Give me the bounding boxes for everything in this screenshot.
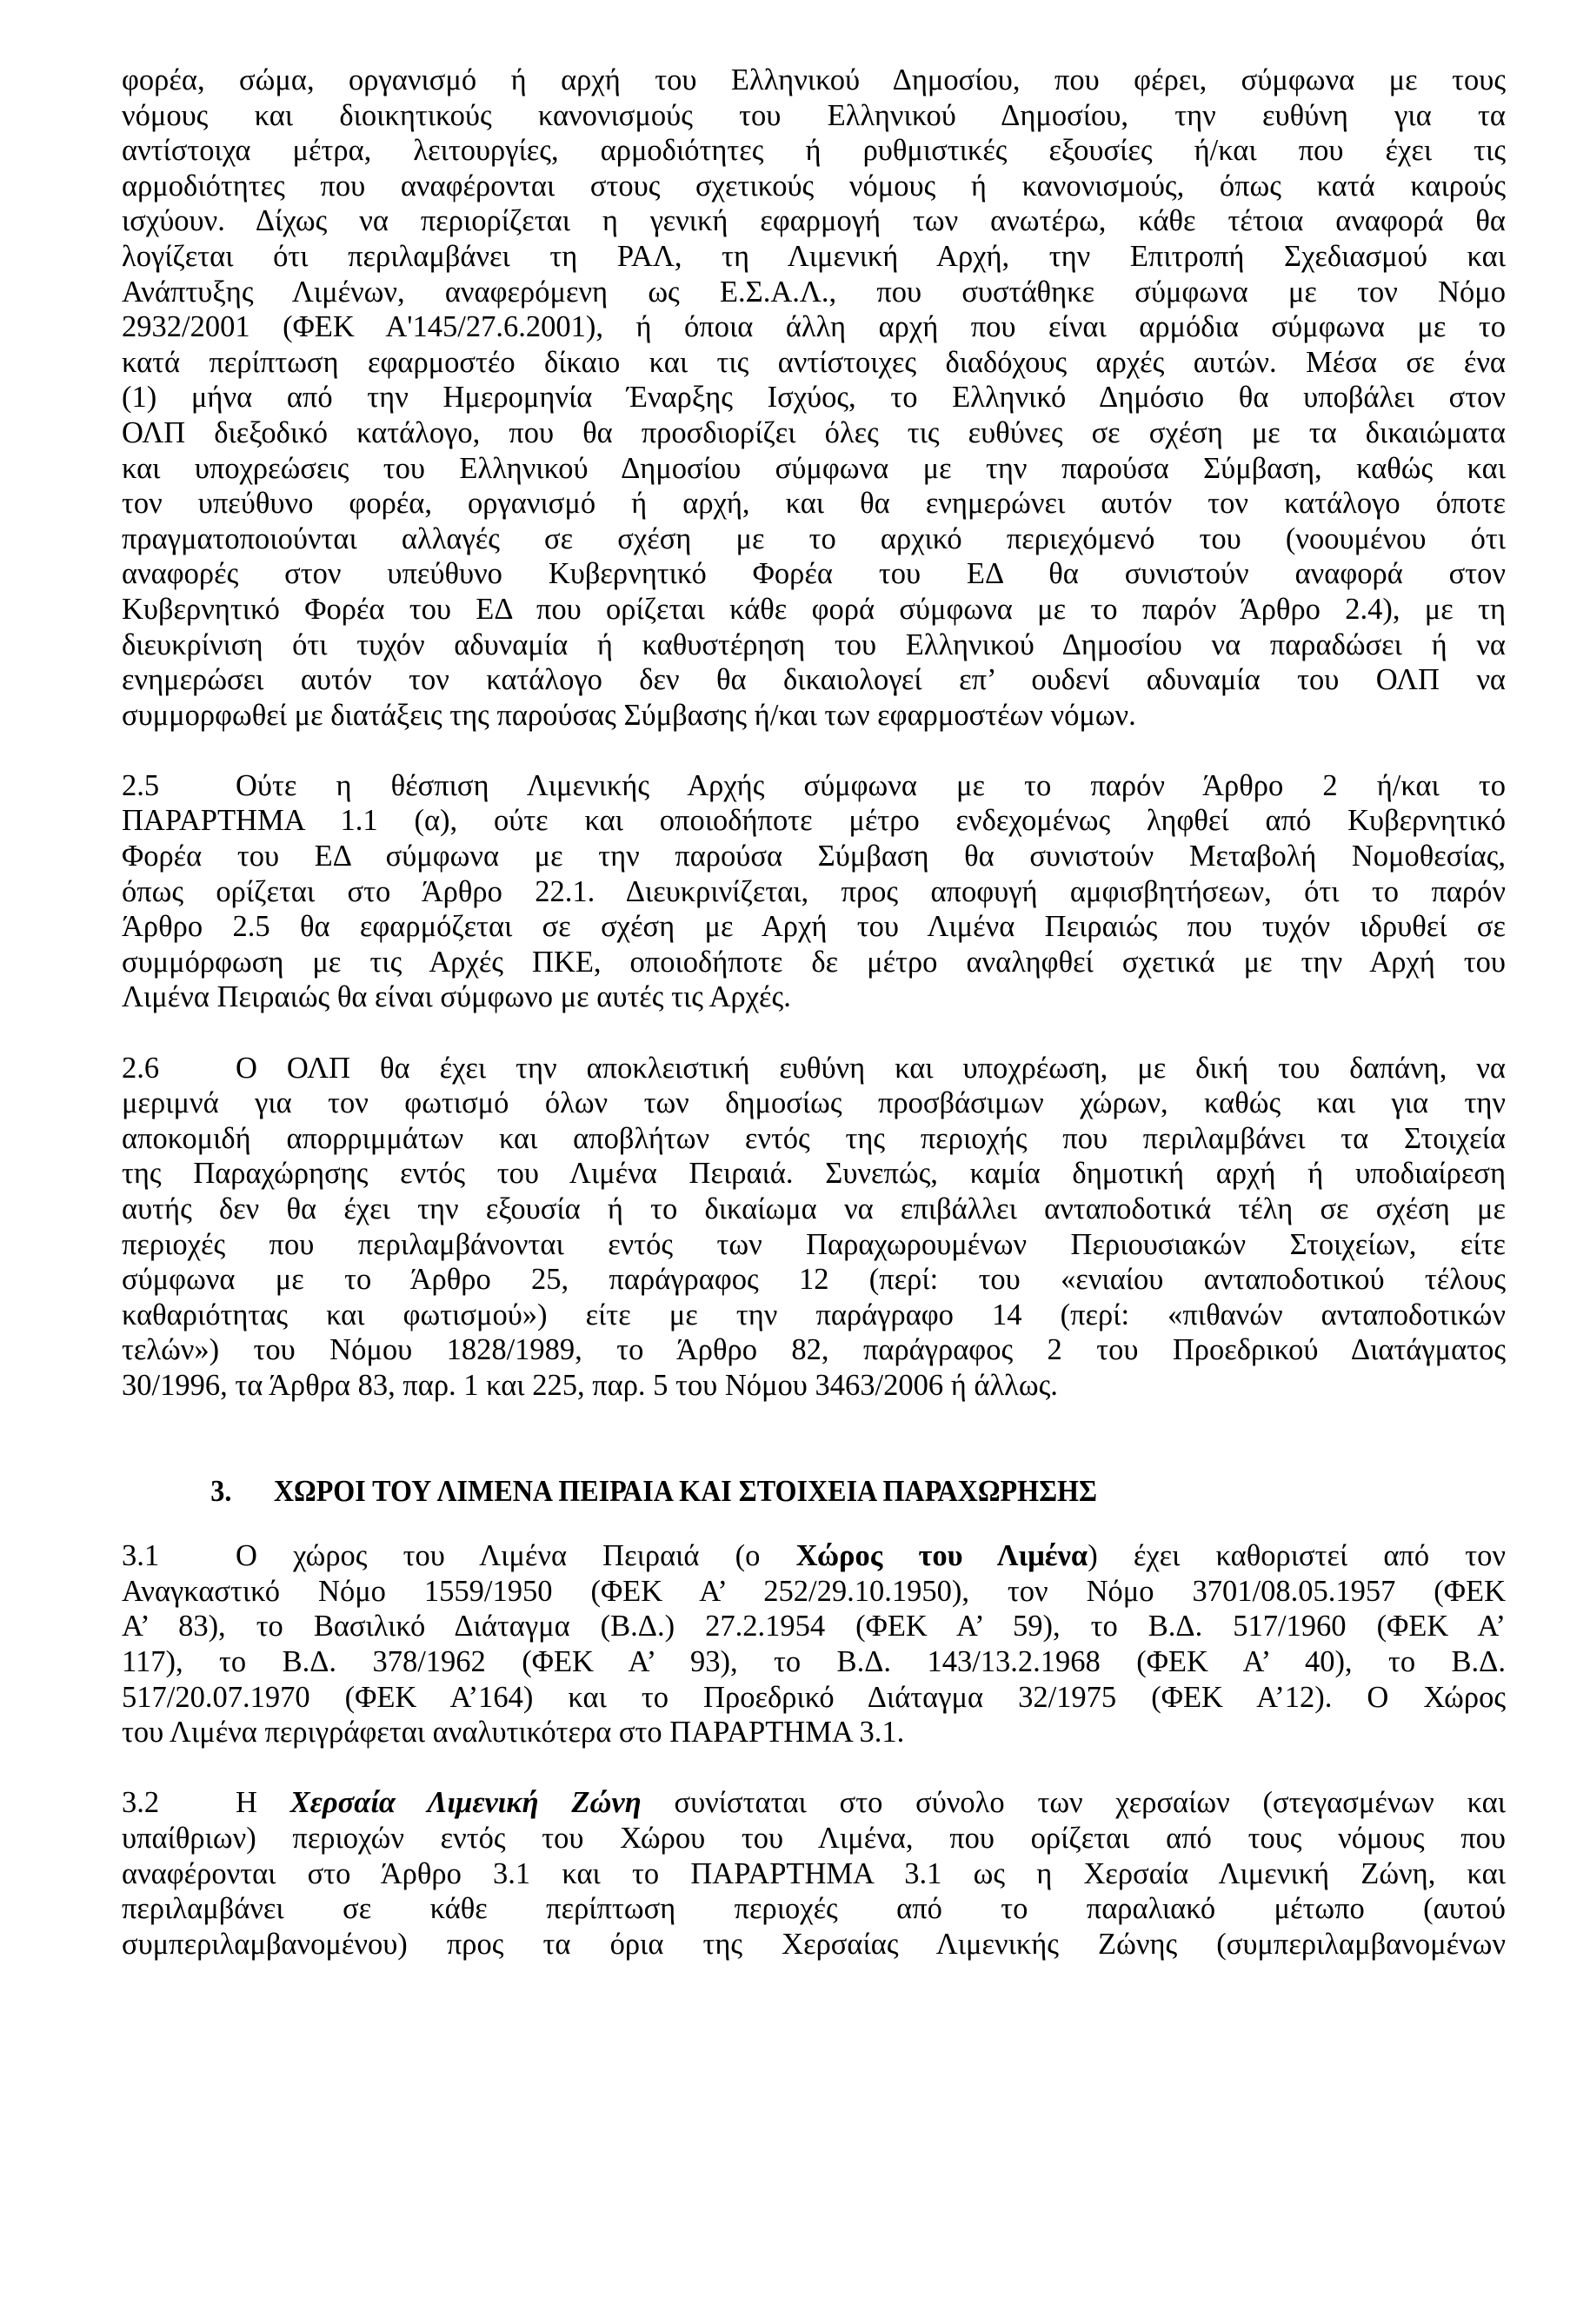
- text-line: σύμφωνα με το Άρθρο 25, παράγραφος 12 (π…: [122, 1262, 1506, 1298]
- text-line: 2.6Ο ΟΛΠ θα έχει την αποκλειστική ευθύνη…: [122, 1051, 1506, 1086]
- text-line: τον υπεύθυνο φορέα, οργανισμό ή αρχή, κα…: [122, 486, 1506, 521]
- defined-term: Χώρος του Λιμένα: [796, 1539, 1088, 1572]
- text-line: 517/20.07.1970 (ΦΕΚ Α’164) και το Προεδρ…: [122, 1680, 1506, 1716]
- text-line: αναφέρονται στο Άρθρο 3.1 και το ΠΑΡΑΡΤΗ…: [122, 1856, 1506, 1892]
- text-line: αρμοδιότητες που αναφέρονται στους σχετι…: [122, 169, 1506, 204]
- text-line: πραγματοποιούνται αλλαγές σε σχέση με το…: [122, 521, 1506, 557]
- text-line: ΠΑΡΑΡΤΗΜΑ 1.1 (α), ούτε και οποιοδήποτε …: [122, 803, 1506, 839]
- text-line: Αναγκαστικό Νόμο 1559/1950 (ΦΕΚ Α’ 252/2…: [122, 1574, 1506, 1610]
- text-line: ενημερώσει αυτόν τον κατάλογο δεν θα δικ…: [122, 662, 1506, 698]
- paragraph-gap: [122, 1750, 1506, 1786]
- text-line: περιλαμβάνει σε κάθε περίπτωση περιοχές …: [122, 1891, 1506, 1927]
- text-line: καθαριότητας και φωτισμού») είτε με την …: [122, 1298, 1506, 1333]
- text-line: υπαίθριων) περιοχών εντός του Χώρου του …: [122, 1821, 1506, 1856]
- text-line: 3.2Η Χερσαία Λιμενική Ζώνη συνίσταται στ…: [122, 1785, 1506, 1821]
- text-line: φορέα, σώμα, οργανισμό ή αρχή του Ελληνι…: [122, 63, 1506, 98]
- text-line: όπως ορίζεται στο Άρθρο 22.1. Διευκρινίζ…: [122, 874, 1506, 910]
- heading-title: ΧΩΡΟΙ ΤΟΥ ΛΙΜΕΝΑ ΠΕΙΡΑΙΑ ΚΑΙ ΣΤΟΙΧΕΙΑ ΠΑ…: [274, 1475, 1097, 1508]
- text-line: και υποχρεώσεις του Ελληνικού Δημοσίου σ…: [122, 451, 1506, 487]
- text-line: νόμους και διοικητικούς κανονισμούς του …: [122, 98, 1506, 134]
- text-line: ΟΛΠ διεξοδικό κατάλογο, που θα προσδιορί…: [122, 415, 1506, 451]
- clause-number: 2.6: [122, 1051, 236, 1086]
- text-line: Ανάπτυξης Λιμένων, αναφερόμενη ως Ε.Σ.Α.…: [122, 275, 1506, 310]
- text-line: 2.5Ούτε η θέσπιση Λιμενικής Αρχής σύμφων…: [122, 768, 1506, 804]
- section-gap: [122, 1404, 1506, 1474]
- text-line: Φορέα του ΕΔ σύμφωνα με την παρούσα Σύμβ…: [122, 839, 1506, 874]
- section-2-6: 2.6Ο ΟΛΠ θα έχει την αποκλειστική ευθύνη…: [122, 1051, 1506, 1404]
- text-line: συμμόρφωση με τις Αρχές ΠΚΕ, οποιοδήποτε…: [122, 945, 1506, 980]
- text-line: αυτής δεν θα έχει την εξουσία ή το δικαί…: [122, 1192, 1506, 1227]
- paragraph-gap: [122, 1509, 1506, 1538]
- text-line: λογίζεται ότι περιλαμβάνει τη ΡΑΛ, τη Λι…: [122, 239, 1506, 275]
- document-page: φορέα, σώμα, οργανισμό ή αρχή του Ελληνι…: [122, 63, 1506, 1962]
- text-line: 30/1996, τα Άρθρα 83, παρ. 1 και 225, πα…: [122, 1368, 1506, 1404]
- clause-number: 3.2: [122, 1785, 236, 1821]
- text-line: μεριμνά για τον φωτισμό όλων των δημοσίω…: [122, 1086, 1506, 1121]
- text-line: (1) μήνα από την Ημερομηνία Έναρξης Ισχύ…: [122, 380, 1506, 415]
- clause-number: 2.5: [122, 768, 236, 804]
- continuation-paragraph: φορέα, σώμα, οργανισμό ή αρχή του Ελληνι…: [122, 63, 1506, 733]
- text-line: Α’ 83), το Βασιλικό Διάταγμα (Β.Δ.) 27.2…: [122, 1609, 1506, 1644]
- text-line: συμμορφωθεί με διατάξεις της παρούσας Σύ…: [122, 698, 1506, 734]
- heading-number: 3.: [210, 1474, 274, 1510]
- defined-term: Χερσαία Λιμενική Ζώνη: [290, 1786, 642, 1819]
- section-2-5: 2.5Ούτε η θέσπιση Λιμενικής Αρχής σύμφων…: [122, 768, 1506, 1015]
- text-line: του Λιμένα περιγράφεται αναλυτικότερα στ…: [122, 1715, 1506, 1750]
- section-3-2: 3.2Η Χερσαία Λιμενική Ζώνη συνίσταται στ…: [122, 1785, 1506, 1962]
- text-line: αντίστοιχα μέτρα, λειτουργίες, αρμοδιότη…: [122, 133, 1506, 169]
- paragraph-gap: [122, 733, 1506, 768]
- text-line: Λιμένα Πειραιώς θα είναι σύμφωνο με αυτέ…: [122, 979, 1506, 1015]
- text-line: ισχύουν. Δίχως να περιορίζεται η γενική …: [122, 203, 1506, 239]
- text-line: 2932/2001 (ΦΕΚ Α'145/27.6.2001), ή όποια…: [122, 309, 1506, 345]
- text-line: 3.1Ο χώρος του Λιμένα Πειραιά (ο Χώρος τ…: [122, 1538, 1506, 1574]
- text-line: τελών») του Νόμου 1828/1989, το Άρθρο 82…: [122, 1332, 1506, 1368]
- section-heading: 3.ΧΩΡΟΙ ΤΟΥ ΛΙΜΕΝΑ ΠΕΙΡΑΙΑ ΚΑΙ ΣΤΟΙΧΕΙΑ …: [122, 1474, 1409, 1510]
- text-line: κατά περίπτωση εφαρμοστέο δίκαιο και τις…: [122, 345, 1506, 381]
- section-3-1: 3.1Ο χώρος του Λιμένα Πειραιά (ο Χώρος τ…: [122, 1538, 1506, 1750]
- text-line: συμπεριλαμβανομένου) προς τα όρια της Χε…: [122, 1927, 1506, 1962]
- text-line: διευκρίνιση ότι τυχόν αδυναμία ή καθυστέ…: [122, 627, 1506, 663]
- text-line: Άρθρο 2.5 θα εφαρμόζεται σε σχέση με Αρχ…: [122, 909, 1506, 945]
- text-line: περιοχές που περιλαμβάνονται εντός των Π…: [122, 1227, 1506, 1263]
- text-line: της Παραχώρησης εντός του Λιμένα Πειραιά…: [122, 1156, 1506, 1192]
- text-line: αποκομιδή απορριμμάτων και αποβλήτων εντ…: [122, 1121, 1506, 1157]
- text-line: 117), το Β.Δ. 378/1962 (ΦΕΚ Α’ 93), το Β…: [122, 1644, 1506, 1680]
- clause-number: 3.1: [122, 1538, 236, 1574]
- text-line: αναφορές στον υπεύθυνο Κυβερνητικό Φορέα…: [122, 556, 1506, 592]
- text-line: Κυβερνητικό Φορέα του ΕΔ που ορίζεται κά…: [122, 592, 1506, 627]
- paragraph-gap: [122, 1015, 1506, 1051]
